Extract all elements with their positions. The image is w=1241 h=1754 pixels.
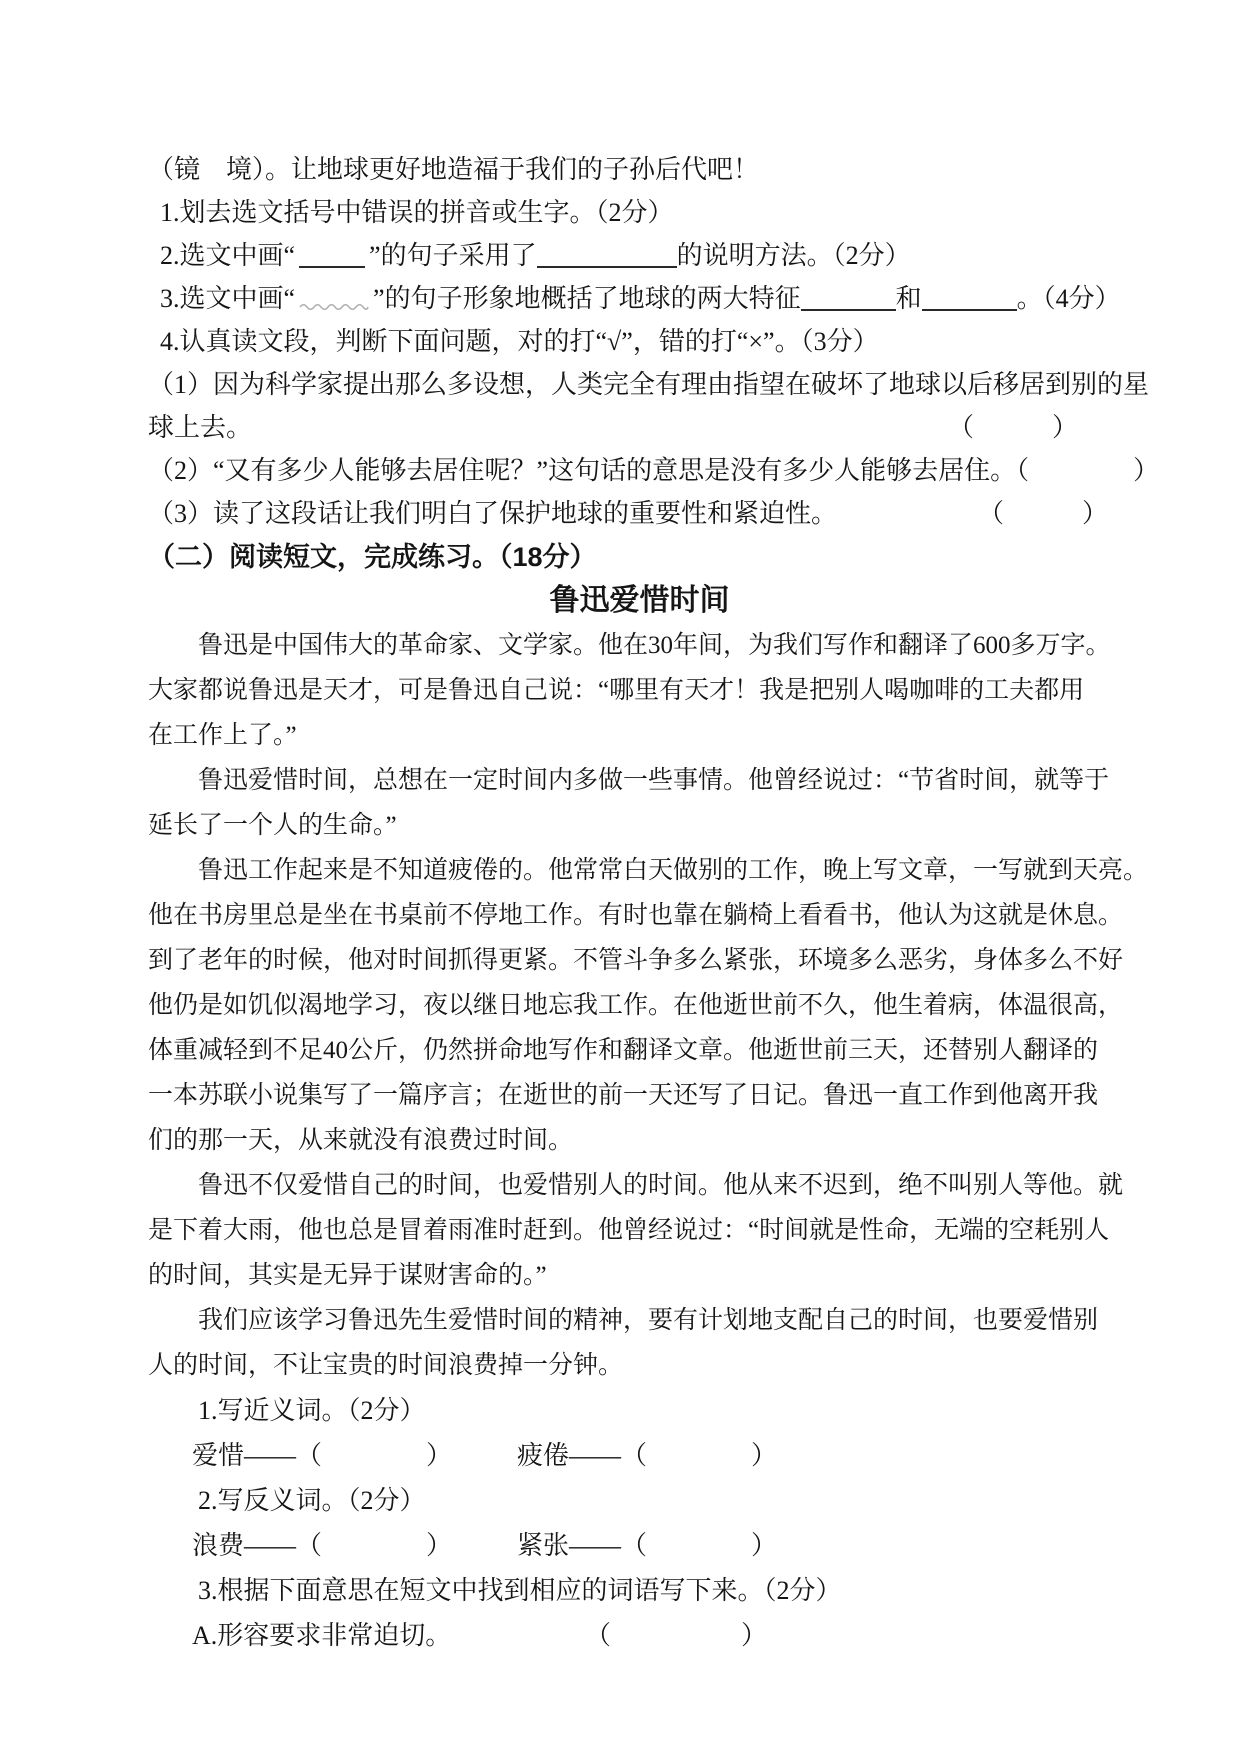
passage-line: 延长了一个人的生命。” (148, 803, 1131, 848)
question-1: 1.划去选文括号中错误的拼音或生字。（2分） (148, 191, 1131, 234)
passage-line: 是下着大雨，他也总是冒着雨准时赶到。他曾经说过：“时间就是性命，无端的空耗别人 (148, 1208, 1131, 1253)
question-3-prefix: 3.选文中画“ (160, 284, 295, 313)
sub-question-2-answers: 浪费——（ ） 紧张——（ ） (148, 1523, 1131, 1568)
question-3: 3.选文中画“”的句子形象地概括了地球的两大特征和。（4分） (148, 277, 1131, 320)
judgement-1-text: 球上去。 (148, 413, 252, 442)
sub-question-3a-text: A.形容要求非常迫切。 (192, 1621, 451, 1650)
blank-underline (299, 256, 365, 268)
judgement-1-line-1: （1）因为科学家提出那么多设想，人类完全有理由指望在破坏了地球以后移居到别的星 (148, 363, 1131, 406)
question-3-and: 和 (896, 284, 922, 313)
sub-question-1: 1.写近义词。（2分） (148, 1388, 1131, 1433)
section-2-header: （二）阅读短文，完成练习。（18分） (148, 535, 1131, 579)
reading-passage: 鲁迅是中国伟大的革命家、文学家。他在30年间，为我们写作和翻译了600多万字。大… (148, 623, 1131, 1388)
passage-line: 人的时间，不让宝贵的时间浪费掉一分钟。 (148, 1343, 1131, 1388)
judgement-1-line-2: 球上去。 （ ） (148, 406, 1131, 449)
passage-line: 鲁迅不仅爱惜自己的时间，也爱惜别人的时间。他从来不迟到，绝不叫别人等他。就 (148, 1163, 1131, 1208)
passage-line: 他仍是如饥似渴地学习，夜以继日地忘我工作。在他逝世前不久，他生着病，体温很高， (148, 983, 1131, 1028)
answer-parens: （ ） (1016, 456, 1159, 485)
passage-line: 到了老年的时候，他对时间抓得更紧。不管斗争多么紧张，环境多么恶劣，身体多么不好 (148, 938, 1131, 983)
judgement-2: （2）“又有多少人能够去居住呢？”这句话的意思是没有多少人能够去居住。（ ） (148, 449, 1131, 492)
passage-line: 鲁迅爱惜时间，总想在一定时间内多做一些事情。他曾经说过：“节省时间，就等于 (148, 758, 1131, 803)
blank-underline (922, 299, 1017, 311)
passage-line: 一本苏联小说集写了一篇序言；在逝世的前一天还写了日记。鲁迅一直工作到他离开我 (148, 1073, 1131, 1118)
intro-line: （镜 境）。让地球更好地造福于我们的子孙后代吧！ (148, 148, 1131, 191)
passage-line: 他在书房里总是坐在书桌前不停地工作。有时也靠在躺椅上看看书，他认为这就是休息。 (148, 893, 1131, 938)
passage-line: 鲁迅是中国伟大的革命家、文学家。他在30年间，为我们写作和翻译了600多万字。 (148, 623, 1131, 668)
question-3-suffix: 。（4分） (1017, 284, 1121, 313)
wavy-underline (299, 281, 369, 324)
question-2-mid: ”的句子采用了 (369, 241, 537, 270)
passage-line: 在工作上了。” (148, 713, 1131, 758)
question-2-suffix: 的说明方法。（2分） (677, 241, 911, 270)
answer-parens: （ ） (585, 1613, 767, 1658)
question-2-prefix: 2.选文中画“ (160, 241, 295, 270)
sub-question-3-item-a: A.形容要求非常迫切。 （ ） (148, 1613, 1131, 1658)
answer-parens: （ ） (978, 492, 1108, 535)
judgement-3-text: （3）读了这段话让我们明白了保护地球的重要性和紧迫性。 (148, 499, 837, 528)
exam-page: （镜 境）。让地球更好地造福于我们的子孙后代吧！ 1.划去选文括号中错误的拼音或… (0, 0, 1241, 1754)
sub-question-1-answers: 爱惜——（ ） 疲倦——（ ） (148, 1433, 1131, 1478)
sub-question-2: 2.写反义词。（2分） (148, 1478, 1131, 1523)
question-3-mid: ”的句子形象地概括了地球的两大特征 (373, 284, 801, 313)
passage-line: 大家都说鲁迅是天才，可是鲁迅自己说：“哪里有天才！我是把别人喝咖啡的工夫都用 (148, 668, 1131, 713)
passage-line: 的时间，其实是无异于谋财害命的。” (148, 1253, 1131, 1298)
content-area: （镜 境）。让地球更好地造福于我们的子孙后代吧！ 1.划去选文括号中错误的拼音或… (0, 0, 1241, 1658)
judgement-3: （3）读了这段话让我们明白了保护地球的重要性和紧迫性。 （ ） (148, 492, 1131, 535)
blank-underline (801, 299, 896, 311)
passage-line: 鲁迅工作起来是不知道疲倦的。他常常白天做别的工作，晚上写文章，一写就到天亮。 (148, 848, 1131, 893)
answer-parens: （ ） (948, 406, 1078, 449)
passage-line: 体重减轻到不足40公斤，仍然拼命地写作和翻译文章。他逝世前三天，还替别人翻译的 (148, 1028, 1131, 1073)
passage-line: 我们应该学习鲁迅先生爱惜时间的精神，要有计划地支配自己的时间，也要爱惜别 (148, 1298, 1131, 1343)
judgement-2-text: （2）“又有多少人能够去居住呢？”这句话的意思是没有多少人能够去居住。 (148, 456, 1016, 485)
question-4: 4.认真读文段，判断下面问题，对的打“√”，错的打“×”。（3分） (148, 320, 1131, 363)
blank-underline (537, 256, 677, 268)
passage-title: 鲁迅爱惜时间 (148, 579, 1131, 623)
passage-line: 们的那一天，从来就没有浪费过时间。 (148, 1118, 1131, 1163)
sub-question-3: 3.根据下面意思在短文中找到相应的词语写下来。（2分） (148, 1568, 1131, 1613)
question-2: 2.选文中画“”的句子采用了的说明方法。（2分） (148, 234, 1131, 277)
